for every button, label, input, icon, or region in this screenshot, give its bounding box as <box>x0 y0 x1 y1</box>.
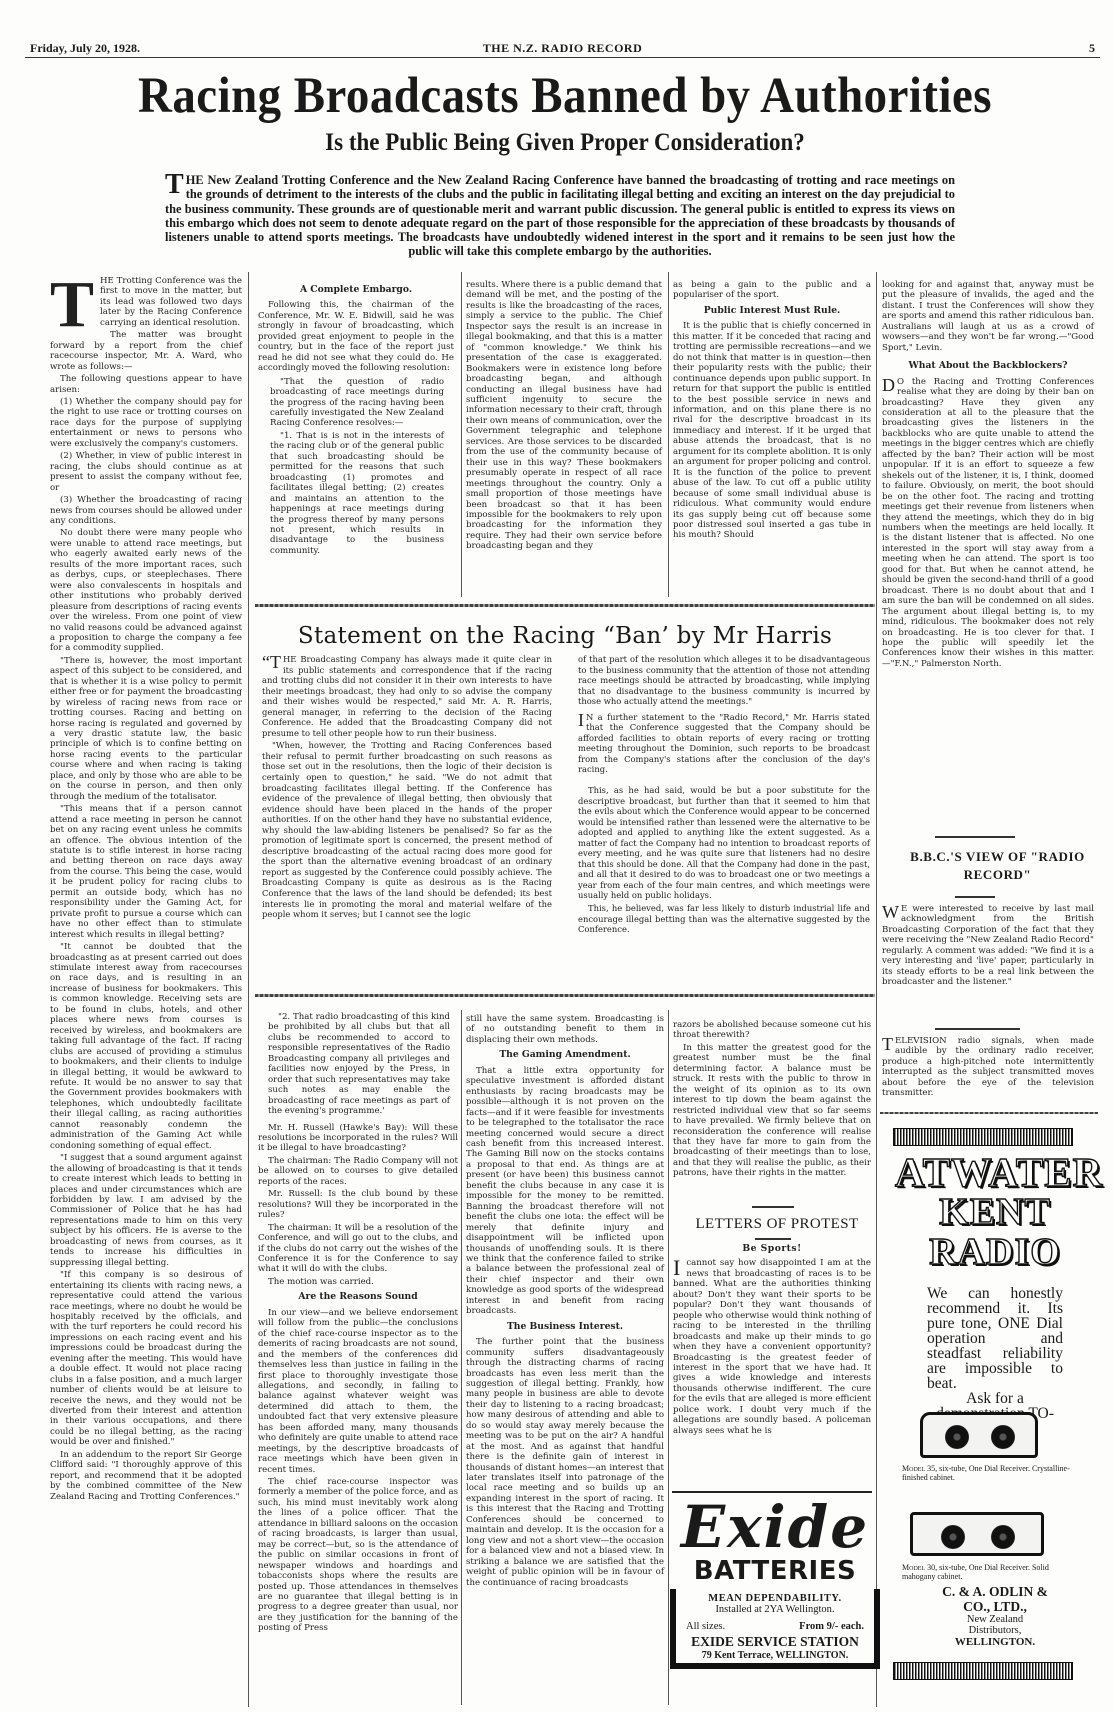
column-3-bottom: still have the same system. Broadcasting… <box>466 1014 664 1590</box>
drop-cap: T <box>50 278 94 332</box>
model-35-caption: Model 35, six-tube, One Dial Receiver. C… <box>902 1465 1082 1482</box>
bbc-article: WE were interested to receive by last ma… <box>882 904 1094 990</box>
divider <box>255 994 875 997</box>
subheadline: Is the Public Being Given Proper Conside… <box>82 128 1048 158</box>
divider <box>752 1206 794 1208</box>
model-30-caption: Model 30, six-tube, One Dial Receiver. S… <box>902 1564 1082 1581</box>
masthead: Friday, July 20, 1928. THE N.Z. RADIO RE… <box>25 40 1100 58</box>
divider <box>755 1238 791 1240</box>
drop-cap: I <box>578 712 584 728</box>
section-heading: The Business Interest. <box>466 1322 664 1332</box>
column-divider <box>248 272 249 1707</box>
article-lead: THE Trotting Conference was the first to… <box>50 276 242 328</box>
column-divider <box>876 272 877 1707</box>
dial-knob-icon <box>945 1425 969 1449</box>
distributor-block: C. & A. ODLIN & CO., LTD., New Zealand D… <box>895 1584 1095 1648</box>
ad-details-box: MEAN DEPENDABILITY. Installed at 2YA Wel… <box>670 1589 880 1669</box>
drop-cap: I <box>673 1258 680 1278</box>
page-number: 5 <box>1089 41 1095 56</box>
divider <box>880 1112 1098 1114</box>
dial-knob-icon <box>941 1525 965 1549</box>
newspaper-page: Friday, July 20, 1928. THE N.Z. RADIO RE… <box>0 0 1114 1712</box>
drop-cap: T <box>882 1036 893 1052</box>
section-heading: Are the Reasons Sound <box>258 1292 458 1302</box>
column-1: THE Trotting Conference was the first to… <box>50 276 242 1504</box>
divider <box>255 604 875 607</box>
column-3-top: results. Where there is a public demand … <box>466 280 662 554</box>
atwater-kent-ad: ATWATER KENT RADIO We can honestly recom… <box>895 1152 1095 1436</box>
dial-knob-icon <box>991 1425 1015 1449</box>
letter-title: Be Sports! <box>673 1244 871 1254</box>
resolution-quote: "That the question of radio broadcasting… <box>270 377 444 557</box>
section-heading: Public Interest Must Rule. <box>673 306 871 316</box>
headline: Racing Broadcasts Banned by Authorities <box>82 68 1048 124</box>
column-divider <box>461 1010 462 1705</box>
section-heading: What About the Backblockers? <box>882 361 1094 371</box>
letters-column: Be Sports! Icannot say how disappointed … <box>673 1244 871 1438</box>
divider <box>935 836 1015 838</box>
exide-batteries-ad: Exide BATTERIES MEAN DEPENDABILITY. Inst… <box>670 1497 880 1669</box>
divider <box>935 1028 1020 1030</box>
column-divider <box>668 272 669 597</box>
column-divider <box>668 1010 669 1705</box>
column-4-bottom: razors be abolished because someone cut … <box>673 1020 871 1181</box>
harris-statement-title: Statement on the Racing “Ban’ by Mr Harr… <box>255 622 875 650</box>
column-5: looking for and against that, anyway mus… <box>882 280 1094 671</box>
radio-receiver-model-35-illustration <box>920 1412 1038 1458</box>
ad-border-bar <box>893 1662 1073 1680</box>
column-4-top: as being a gain to the public and a popu… <box>673 280 871 543</box>
harris-left-column: “THE Broadcasting Company has always mad… <box>262 654 552 922</box>
column-divider <box>461 272 462 597</box>
drop-cap: “T <box>262 654 281 670</box>
harris-right-column: of that part of the resolution which all… <box>578 654 870 937</box>
television-note: TELEVISION radio signals, when made audi… <box>882 1036 1094 1101</box>
drop-cap: D <box>882 377 895 393</box>
section-heading: The Gaming Amendment. <box>466 1050 664 1060</box>
drop-cap: W <box>882 904 899 920</box>
resolution-quote: "2. That radio broadcasting of this kind… <box>268 1012 450 1117</box>
drop-cap: T <box>165 173 184 197</box>
letters-heading: LETTERS OF PROTEST <box>672 1216 882 1233</box>
publication-name: THE N.Z. RADIO RECORD <box>25 41 1100 56</box>
ad-border-bar <box>893 1128 1073 1146</box>
radio-receiver-model-30-illustration <box>910 1512 1044 1556</box>
column-2-top: A Complete Embargo. Following this, the … <box>258 280 454 559</box>
ad-brand: Exide <box>670 1497 880 1557</box>
ad-brand: ATWATER <box>895 1152 1095 1192</box>
intro-paragraph: THE New Zealand Trotting Conference and … <box>165 173 955 259</box>
column-2-bottom: "2. That radio broadcasting of this kind… <box>258 1012 458 1636</box>
bbc-heading: B.B.C.'S VIEW OF "RADIO RECORD" <box>895 848 1100 884</box>
divider <box>955 896 995 898</box>
dial-knob-icon <box>991 1525 1015 1549</box>
section-heading: A Complete Embargo. <box>258 285 454 295</box>
